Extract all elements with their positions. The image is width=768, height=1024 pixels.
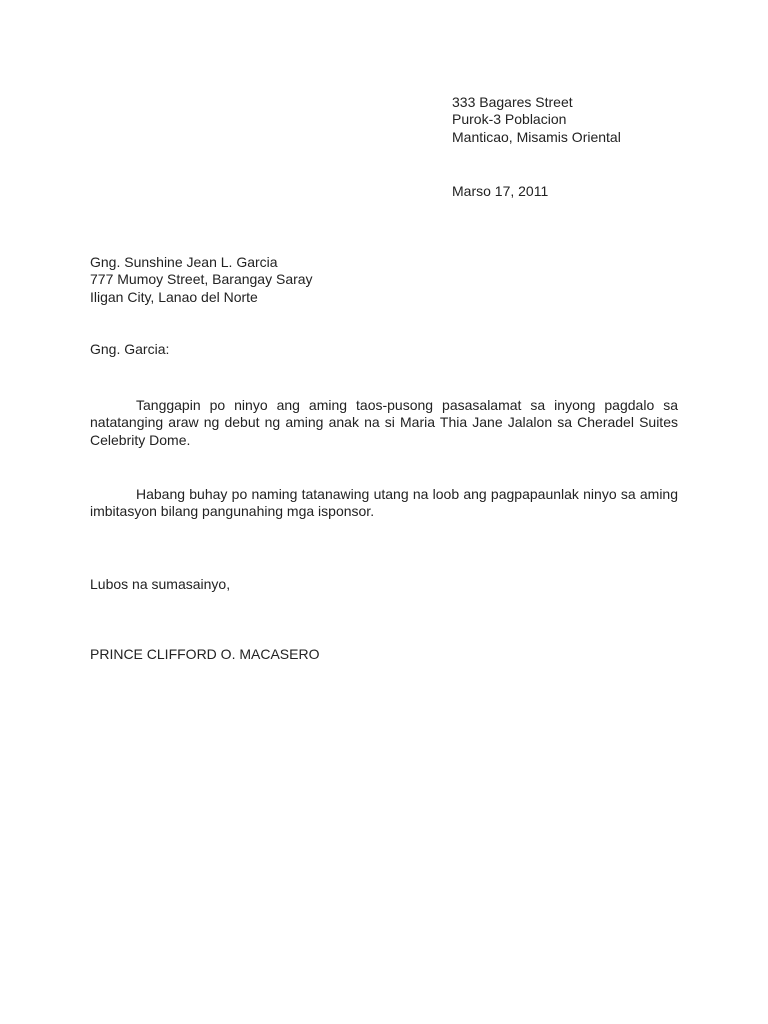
sender-address-line: Purok-3 Poblacion (452, 111, 621, 128)
recipient-line: Gng. Sunshine Jean L. Garcia (90, 254, 313, 271)
closing: Lubos na sumasainyo, (90, 576, 230, 593)
letter-date: Marso 17, 2011 (452, 183, 548, 200)
closing-text: Lubos na sumasainyo, (90, 576, 230, 593)
salutation-text: Gng. Garcia: (90, 341, 169, 358)
sender-address: 333 Bagares Street Purok-3 Poblacion Man… (452, 94, 621, 146)
recipient-line: Iligan City, Lanao del Norte (90, 289, 313, 306)
signature-text: PRINCE CLIFFORD O. MACASERO (90, 646, 319, 663)
body-paragraph: Tanggapin po ninyo ang aming taos-pusong… (90, 397, 678, 449)
sender-address-line: 333 Bagares Street (452, 94, 621, 111)
body-paragraph: Habang buhay po naming tatanawing utang … (90, 486, 678, 521)
signature-name: PRINCE CLIFFORD O. MACASERO (90, 646, 319, 663)
recipient-address: Gng. Sunshine Jean L. Garcia 777 Mumoy S… (90, 254, 313, 306)
recipient-line: 777 Mumoy Street, Barangay Saray (90, 271, 313, 288)
salutation: Gng. Garcia: (90, 341, 169, 358)
sender-address-line: Manticao, Misamis Oriental (452, 129, 621, 146)
date-text: Marso 17, 2011 (452, 183, 548, 200)
